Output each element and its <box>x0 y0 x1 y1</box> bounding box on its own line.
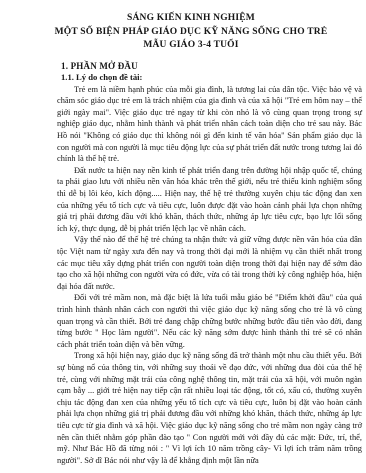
document-body: 1. PHẦN MỞ ĐẦU 1.1. Lý do chọn đề tài: T… <box>57 61 362 467</box>
title-line-3: MẪU GIÁO 3-4 TUỔI <box>18 39 364 53</box>
paragraph-5: Trong xã hội hiện nay, giáo dục kỹ năng … <box>57 350 362 466</box>
paragraph-2: Đất nước ta hiện nay nền kinh tế phát tr… <box>57 165 362 235</box>
paragraph-3: Vậy thế nào để thế hệ trẻ chúng ta nhận … <box>57 234 362 292</box>
subsection-heading: 1.1. Lý do chọn đề tài: <box>57 72 362 84</box>
title-line-2: MỘT SỐ BIỆN PHÁP GIÁO DỤC KỸ NĂNG SỐNG C… <box>18 26 364 40</box>
section-heading: 1. PHẦN MỞ ĐẦU <box>57 61 362 73</box>
document-page: SÁNG KIẾN KINH NGHIỆM MỘT SỐ BIỆN PHÁP G… <box>0 0 366 473</box>
paragraph-4: Đối với trẻ mầm non, mà đặc biệt là lứa … <box>57 292 362 350</box>
title-line-1: SÁNG KIẾN KINH NGHIỆM <box>18 12 364 26</box>
paragraph-1: Trẻ em là niềm hạnh phúc của mỗi gia đìn… <box>57 84 362 165</box>
document-title: SÁNG KIẾN KINH NGHIỆM MỘT SỐ BIỆN PHÁP G… <box>18 0 364 53</box>
